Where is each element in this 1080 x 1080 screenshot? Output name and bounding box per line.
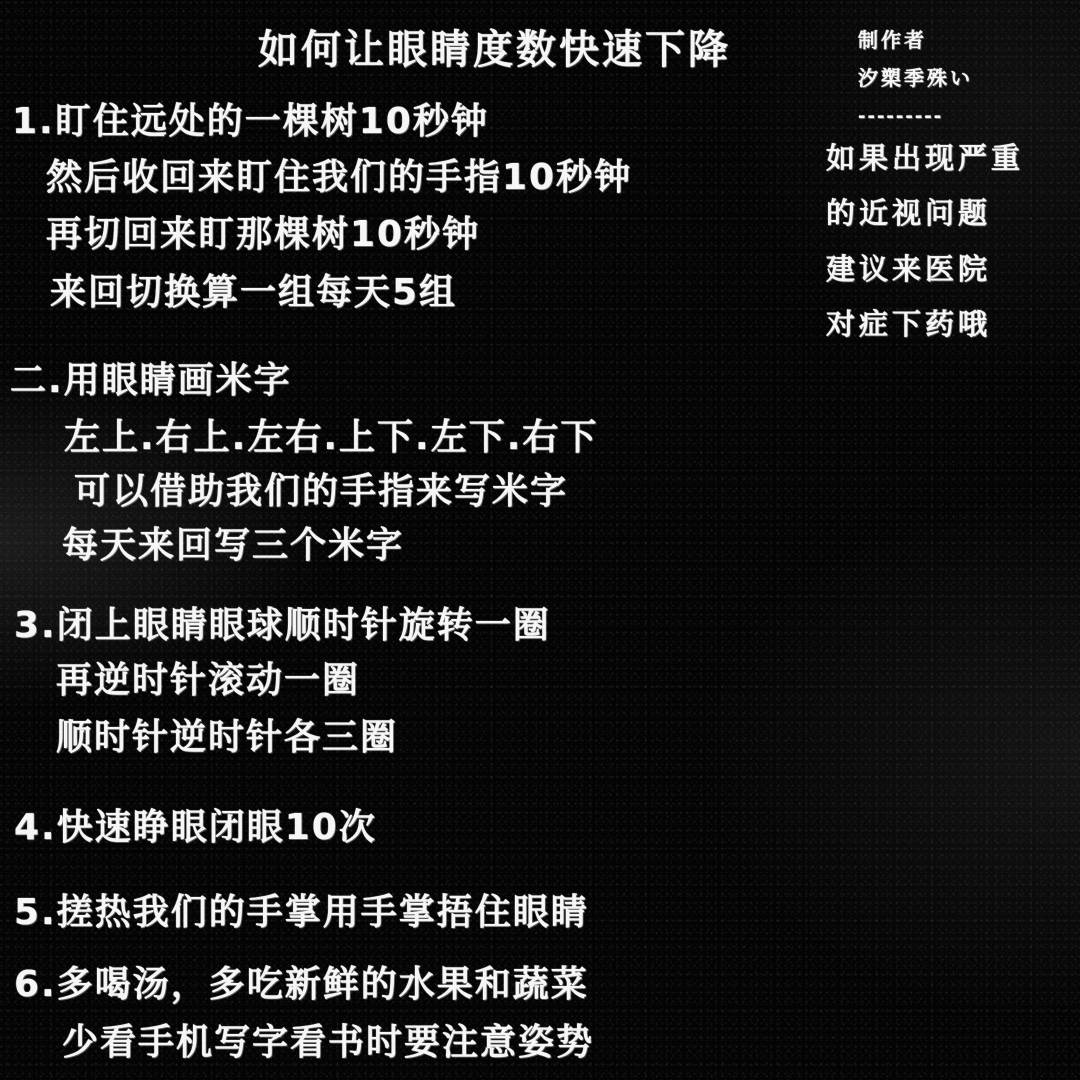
step-3-line: 再逆时针滚动一圈 [56,663,360,699]
step-1-line: 然后收回来盯住我们的手指10秒钟 [46,160,632,196]
step-5-heading: 5.搓热我们的手掌用手掌捂住眼睛 [14,895,589,931]
step-6-heading: 6.多喝汤，多吃新鲜的水果和蔬菜 [14,967,589,1003]
step-1-line: 再切回来盯那棵树10秒钟 [46,217,480,253]
side-note-line: 的近视问题 [826,199,991,228]
author-name: 汐槊季殊い [858,68,973,88]
step-2-line: 每天来回写三个米字 [62,528,404,564]
step-6-line: 少看手机写字看书时要注意姿势 [62,1025,594,1061]
side-note-line: 对症下药哦 [826,310,991,339]
author-divider: --------- [858,108,943,126]
side-note-line: 建议来医院 [826,255,991,284]
step-1-line: 来回切换算一组每天5组 [50,275,457,311]
step-1-heading: 1.盯住远处的一棵树10秒钟 [12,104,489,140]
step-2-heading: 二.用眼睛画米字 [10,363,292,399]
step-2-line: 可以借助我们的手指来写米字 [74,474,568,510]
step-3-line: 顺时针逆时针各三圈 [56,720,398,756]
page-title: 如何让眼睛度数快速下降 [258,30,731,70]
step-4-heading: 4.快速睁眼闭眼10次 [14,810,377,846]
author-label: 制作者 [858,30,927,50]
step-2-line: 左上.右上.左右.上下.左下.右下 [64,420,598,456]
side-note-line: 如果出现严重 [826,144,1024,173]
step-3-heading: 3.闭上眼睛眼球顺时针旋转一圈 [14,608,551,644]
